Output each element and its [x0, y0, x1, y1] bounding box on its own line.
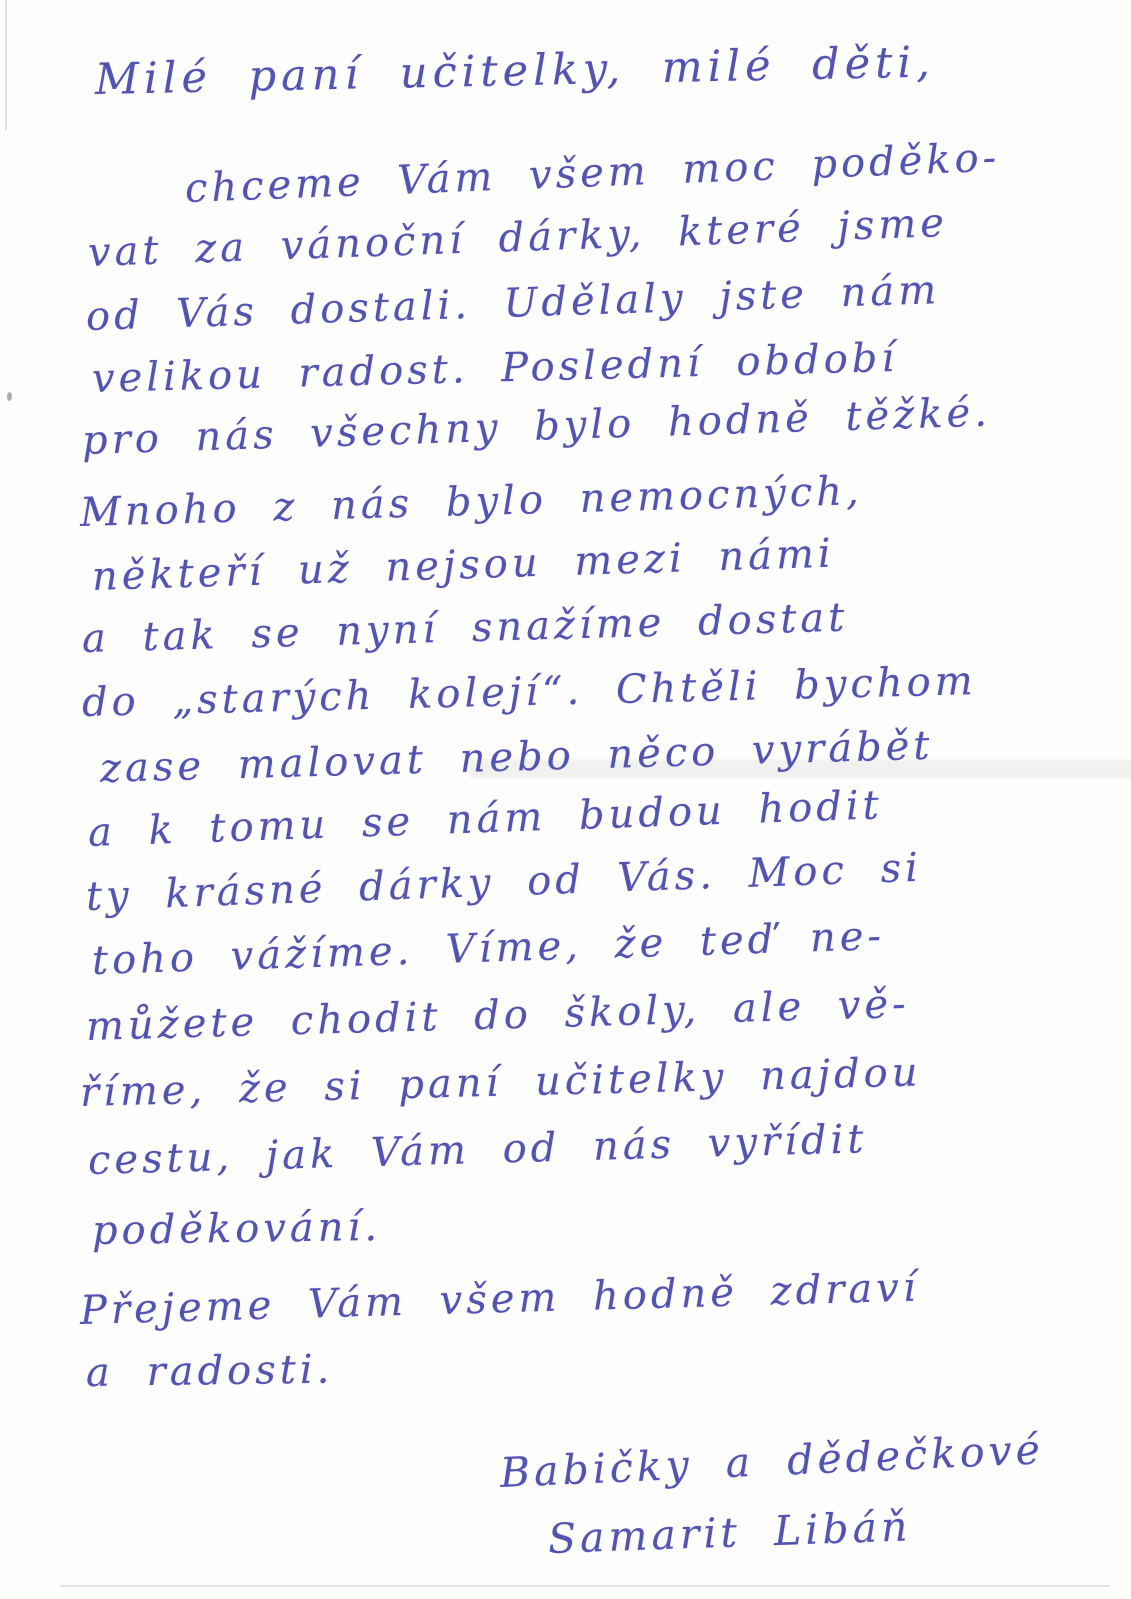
- scan-edge-artifact: [5, 0, 7, 130]
- body-line: do „starých kolejí“. Chtěli bychom: [81, 660, 977, 724]
- body-line: někteří už nejsou mezi námi: [91, 533, 835, 598]
- closing-line: a radosti.: [86, 1349, 334, 1394]
- body-line: toho vážíme. Víme, že teď ne-: [91, 915, 885, 982]
- salutation-line: Milé paní učitelky, milé děti,: [95, 40, 936, 103]
- signature-line: Samarit Libáň: [547, 1505, 912, 1561]
- body-line: vat za vánoční dárky, které jsme: [87, 202, 948, 274]
- body-line: poděkování.: [92, 1206, 382, 1252]
- scanned-letter-page: Milé paní učitelky, milé děti, chceme Vá…: [0, 0, 1131, 1599]
- body-line: zase malovat nebo něco vyrábět: [99, 725, 934, 790]
- body-line: ty krásné dárky od Vás. Moc si: [85, 847, 922, 918]
- body-line: říme, že si paní učitelky najdou: [79, 1051, 921, 1114]
- body-line: Mnoho z nás bylo nemocných,: [79, 470, 863, 534]
- body-line: můžete chodit do školy, ale vě-: [85, 983, 910, 1048]
- signature-line: Babičky a dědečkové: [499, 1428, 1045, 1495]
- closing-line: Přejeme Vám všem hodně zdraví: [79, 1267, 920, 1332]
- body-line: od Vás dostali. Udělaly jste nám: [85, 269, 940, 338]
- ink-speck-artifact: [7, 392, 12, 401]
- body-line: velikou radost. Poslední období: [91, 337, 898, 400]
- scan-edge-bottom-artifact: [60, 1585, 1110, 1587]
- body-line: a k tomu se nám budou hodit: [87, 784, 883, 854]
- body-line: chceme Vám všem moc poděko-: [184, 137, 1001, 210]
- body-line: cestu, jak Vám od nás vyřídit: [87, 1118, 867, 1182]
- body-line: pro nás všechny bylo hodně těžké.: [81, 391, 991, 462]
- body-line: a tak se nyní snažíme dostat: [81, 597, 848, 660]
